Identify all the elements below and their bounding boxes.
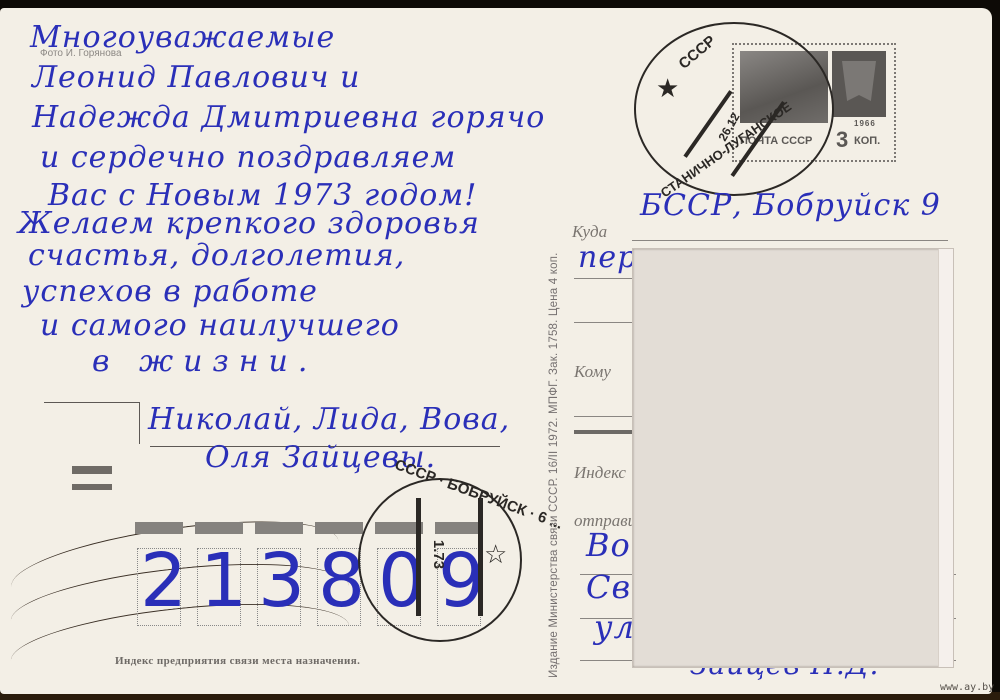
postmark-date: 1.73 bbox=[430, 540, 447, 569]
postmark-text: СССР bbox=[676, 32, 719, 72]
publisher-imprint: Издание Министерства связи СССР. 16/II 1… bbox=[548, 252, 560, 678]
message-line: Леонид Павлович и bbox=[32, 60, 360, 95]
address-line bbox=[574, 278, 634, 279]
sender-handwritten: ул bbox=[594, 608, 635, 646]
postmark-bar bbox=[416, 498, 421, 616]
index-marker-bar bbox=[72, 484, 112, 490]
label-to-whom: Кому bbox=[574, 362, 611, 382]
star-icon: ☆ bbox=[484, 540, 507, 570]
index-caption: Индекс предприятия связи места назначени… bbox=[115, 655, 360, 667]
cover-edge bbox=[938, 249, 953, 667]
index-dash bbox=[255, 522, 303, 534]
postmark-destination: СССР · БОБРУЙСК · 6 ... 1.73 ☆ bbox=[358, 478, 522, 642]
address-divider bbox=[574, 430, 634, 434]
message-line: и сердечно поздравляем bbox=[40, 140, 456, 175]
address-line bbox=[574, 416, 634, 417]
address-handwritten: БССР, Бобруйск 9 bbox=[640, 188, 941, 223]
postmark-origin: СССР СТАНИЧНО-ЛУГАНСКОЕ 26.12 ★ bbox=[634, 22, 834, 196]
message-line: в жизни. bbox=[92, 344, 317, 379]
watermark: www.ay.by bbox=[940, 682, 994, 693]
sender-handwritten: Св bbox=[586, 568, 631, 606]
signature-line: Николай, Лида, Вова, bbox=[148, 402, 510, 437]
sender-handwritten: Во bbox=[586, 526, 631, 564]
index-dash bbox=[135, 522, 183, 534]
print-rule-vertical bbox=[139, 402, 140, 444]
address-handwritten: пер bbox=[578, 240, 637, 275]
address-line bbox=[574, 322, 634, 323]
paper-cover-patch bbox=[632, 248, 954, 668]
print-rule bbox=[44, 402, 140, 403]
index-digit: 2 bbox=[140, 538, 188, 624]
index-digit: 3 bbox=[258, 538, 306, 624]
stamp-year: 1966 bbox=[854, 119, 876, 128]
message-line: успехов в работе bbox=[22, 274, 318, 309]
label-to-where: Куда bbox=[572, 222, 607, 242]
label-sender-index: Индекс bbox=[574, 463, 626, 483]
address-line bbox=[632, 240, 948, 241]
message-line: и самого наилучшего bbox=[40, 308, 400, 343]
index-digit: 1 bbox=[200, 538, 248, 624]
index-marker-bar bbox=[72, 466, 112, 474]
message-line: Надежда Дмитриевна горячо bbox=[32, 100, 545, 135]
index-dash bbox=[315, 522, 363, 534]
index-dash bbox=[195, 522, 243, 534]
komsomol-badge-icon bbox=[832, 51, 886, 117]
postcard: Фото И. Горянова Многоуважаемые Леонид П… bbox=[0, 8, 992, 694]
stamp-value: 3 bbox=[836, 127, 848, 153]
message-line: счастья, долголетия, bbox=[28, 238, 405, 273]
star-icon: ★ bbox=[656, 74, 679, 104]
message-line: Желаем крепкого здоровья bbox=[18, 206, 480, 241]
stamp-unit: КОП. bbox=[854, 135, 880, 147]
message-line: Многоуважаемые bbox=[30, 20, 335, 55]
postmark-bar bbox=[478, 498, 483, 616]
